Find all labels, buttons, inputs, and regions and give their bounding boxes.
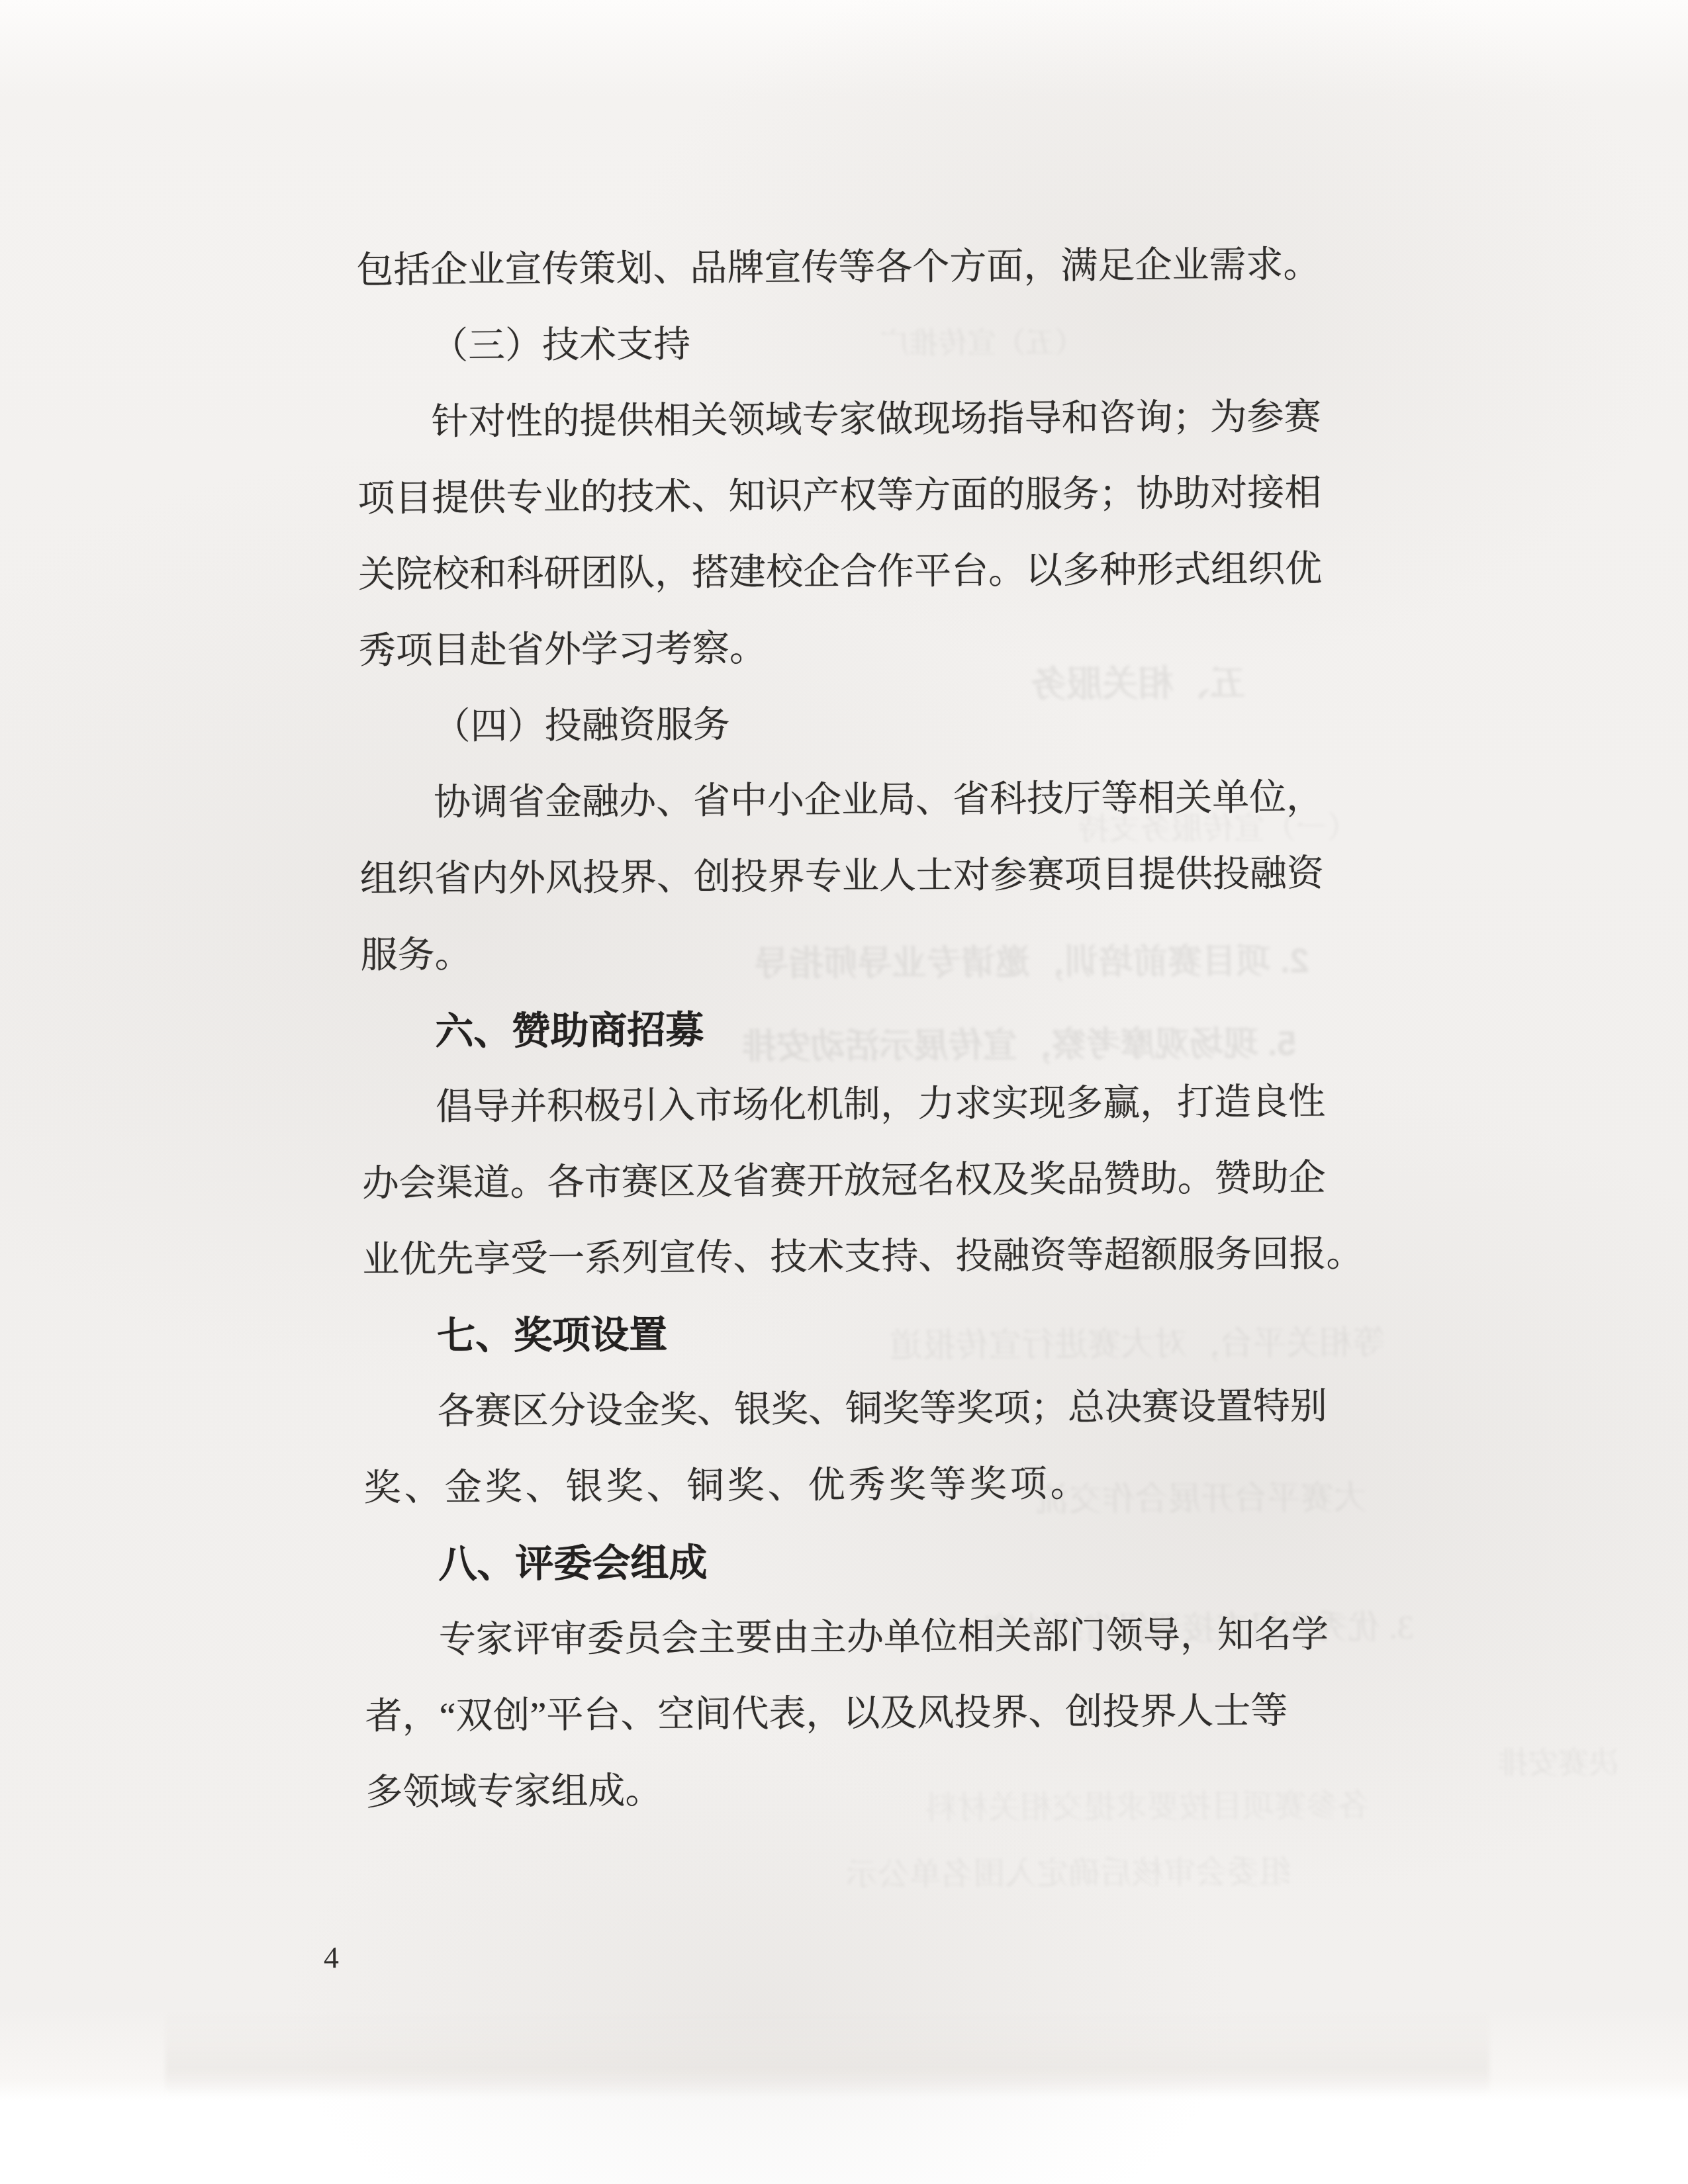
body-line: 倡导并积极引入市场化机制，力求实现多赢，打造良性 (361, 1064, 1348, 1146)
section-heading: 八、评委会组成 (364, 1521, 1351, 1603)
body-line: 奖、金奖、银奖、铜奖、优秀奖等奖项。 (363, 1445, 1350, 1527)
body-line: 关院校和科研团队，搭建校企合作平台。以多种形式组织优 (358, 531, 1345, 614)
body-line: 协调省金融办、省中小企业局、省科技厅等相关单位， (359, 760, 1346, 842)
bleed-line: 组委会审核后确定入围名单公示 (846, 1846, 1291, 1894)
document-body: 包括企业宣传策划、品牌宣传等各个方面，满足企业需求。 （三）技术支持 针对性的提… (356, 227, 1352, 1831)
subsection-heading: （三）技术支持 (357, 303, 1344, 385)
body-line: 服务。 (360, 912, 1347, 994)
body-line: 者，“双创”平台、空间代表，以及风投界、创投界人士等 (365, 1673, 1352, 1755)
body-line: 项目提供专业的技术、知识产权等方面的服务；协助对接相 (357, 455, 1344, 537)
section-heading: 六、赞助商招募 (361, 988, 1348, 1070)
body-line: 业优先享受一系列宣传、技术支持、投融资等超额服务回报。 (362, 1216, 1349, 1298)
body-line: 包括企业宣传策划、品牌宣传等各个方面，满足企业需求。 (356, 227, 1343, 309)
body-line: 秀项目赴省外学习考察。 (358, 608, 1345, 690)
body-line: 组织省内外风投界、创投界专业人士对参赛项目提供投融资 (360, 836, 1347, 918)
scanned-page: （五）宣传推广 五、相关服务 （一）宣传服务支持 2. 项目赛前培训，邀请专业导… (0, 0, 1688, 2184)
bleed-line: 决赛安排 (1497, 1738, 1619, 1782)
page-number: 4 (324, 1938, 339, 1978)
subsection-heading: （四）投融资服务 (359, 684, 1346, 766)
body-line: 各赛区分设金奖、银奖、铜奖等奖项；总决赛设置特别 (363, 1369, 1350, 1451)
body-line: 办会渠道。各市赛区及省赛开放冠名权及奖品赞助。赞助企 (361, 1140, 1348, 1222)
print-layer: （五）宣传推广 五、相关服务 （一）宣传服务支持 2. 项目赛前培训，邀请专业导… (0, 0, 1688, 2184)
body-line: 专家评审委员会主要由主办单位相关部门领导，知名学 (365, 1597, 1352, 1679)
body-line: 多领域专家组成。 (365, 1749, 1352, 1831)
section-heading: 七、奖项设置 (363, 1293, 1350, 1375)
body-line: 针对性的提供相关领域专家做现场指导和咨询；为参赛 (357, 379, 1344, 461)
